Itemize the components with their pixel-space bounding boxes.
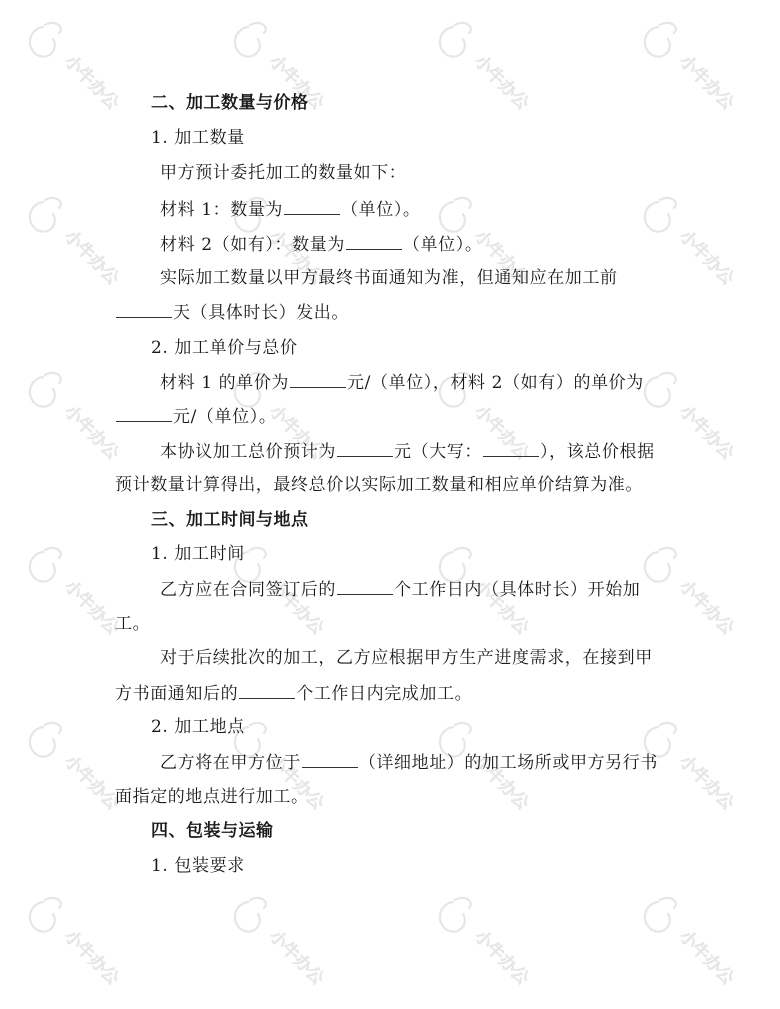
paragraph-continuation: 面指定的地点进行加工。 <box>115 787 309 807</box>
subheading-text: 1. 加工数量 <box>151 128 245 148</box>
section-heading-3: 三、加工时间与地点 <box>151 510 309 530</box>
paragraph-text: 元（大写： <box>394 442 482 462</box>
paragraph-text: 预计数量计算得出，最终总价以实际加工数量和相应单价结算为准。 <box>115 475 643 495</box>
paragraph-text: 乙方将在甲方位于 <box>160 753 301 773</box>
paragraph: 乙方将在甲方位于（详细地址）的加工场所或甲方另行书 <box>160 752 658 773</box>
paragraph-text: （单位）。 <box>403 235 483 255</box>
subsection-location: 2. 加工地点 <box>151 717 245 737</box>
subheading-text: 2. 加工地点 <box>151 717 245 737</box>
paragraph-text: 个工作日内完成加工。 <box>296 684 472 704</box>
fill-blank[interactable] <box>116 302 172 318</box>
document-page: 二、加工数量与价格 1. 加工数量 甲方预计委托加工的数量如下： 材料 1：数量… <box>0 0 780 1009</box>
paragraph-continuation: 工。 <box>115 614 150 634</box>
paragraph-continuation: 元/（单位）。 <box>115 406 276 427</box>
heading-text: 三、加工时间与地点 <box>151 510 309 530</box>
paragraph-continuation: 预计数量计算得出，最终总价以实际加工数量和相应单价结算为准。 <box>115 475 643 495</box>
paragraph-text: 材料 1：数量为 <box>160 200 283 220</box>
paragraph-text: 实际加工数量以甲方最终书面通知为准，但通知应在加工前 <box>160 268 618 288</box>
subheading-text: 2. 加工单价与总价 <box>151 338 298 358</box>
fill-blank[interactable] <box>290 372 346 388</box>
fill-blank[interactable] <box>483 441 539 457</box>
paragraph-text: 材料 2（如有）：数量为 <box>160 235 345 255</box>
paragraph-text: 天（具体时长）发出。 <box>173 303 349 323</box>
paragraph-text: 乙方应在合同签订后的 <box>160 580 336 600</box>
heading-text: 四、包装与运输 <box>151 821 274 841</box>
paragraph-text: 元/（单位）。 <box>173 407 276 427</box>
fill-blank[interactable] <box>337 441 393 457</box>
paragraph: 甲方预计委托加工的数量如下： <box>160 163 406 183</box>
subsection-quantity: 1. 加工数量 <box>151 128 245 148</box>
fill-blank[interactable] <box>116 406 172 422</box>
section-heading-4: 四、包装与运输 <box>151 821 274 841</box>
section-heading-2: 二、加工数量与价格 <box>151 93 309 113</box>
paragraph-continuation: 天（具体时长）发出。 <box>115 302 349 323</box>
paragraph-text: 个工作日内（具体时长）开始加 <box>394 580 640 600</box>
paragraph-text: 元/（单位），材料 2（如有）的单价为 <box>347 373 644 393</box>
paragraph-text: ），该总价根据 <box>540 442 655 462</box>
fill-blank[interactable] <box>284 199 340 215</box>
paragraph-text: 面指定的地点进行加工。 <box>115 787 309 807</box>
paragraph: 乙方应在合同签订后的个工作日内（具体时长）开始加 <box>160 579 640 600</box>
subsection-packaging: 1. 包装要求 <box>151 856 245 876</box>
paragraph-text: 本协议加工总价预计为 <box>160 442 336 462</box>
paragraph-text: 方书面通知后的 <box>115 684 238 704</box>
paragraph-text: 材料 1 的单价为 <box>160 373 289 393</box>
paragraph: 本协议加工总价预计为元（大写：），该总价根据 <box>160 441 655 462</box>
paragraph-text: 甲方预计委托加工的数量如下： <box>160 163 406 183</box>
fill-blank[interactable] <box>346 234 402 250</box>
paragraph-text: （详细地址）的加工场所或甲方另行书 <box>359 753 658 773</box>
paragraph: 实际加工数量以甲方最终书面通知为准，但通知应在加工前 <box>160 268 618 288</box>
paragraph: 材料 2（如有）：数量为（单位）。 <box>160 234 482 255</box>
heading-text: 二、加工数量与价格 <box>151 93 309 113</box>
subheading-text: 1. 包装要求 <box>151 856 245 876</box>
fill-blank[interactable] <box>337 579 393 595</box>
paragraph: 材料 1 的单价为元/（单位），材料 2（如有）的单价为 <box>160 372 644 393</box>
paragraph: 材料 1：数量为（单位）。 <box>160 199 421 220</box>
paragraph-text: 对于后续批次的加工，乙方应根据甲方生产进度需求，在接到甲 <box>160 648 653 668</box>
paragraph-text: 工。 <box>115 614 150 634</box>
paragraph-text: （单位）。 <box>341 200 421 220</box>
fill-blank[interactable] <box>302 752 358 768</box>
subheading-text: 1. 加工时间 <box>151 544 245 564</box>
subsection-time: 1. 加工时间 <box>151 544 245 564</box>
fill-blank[interactable] <box>239 683 295 699</box>
paragraph: 对于后续批次的加工，乙方应根据甲方生产进度需求，在接到甲 <box>160 648 653 668</box>
subsection-price: 2. 加工单价与总价 <box>151 338 298 358</box>
paragraph-continuation: 方书面通知后的个工作日内完成加工。 <box>115 683 472 704</box>
